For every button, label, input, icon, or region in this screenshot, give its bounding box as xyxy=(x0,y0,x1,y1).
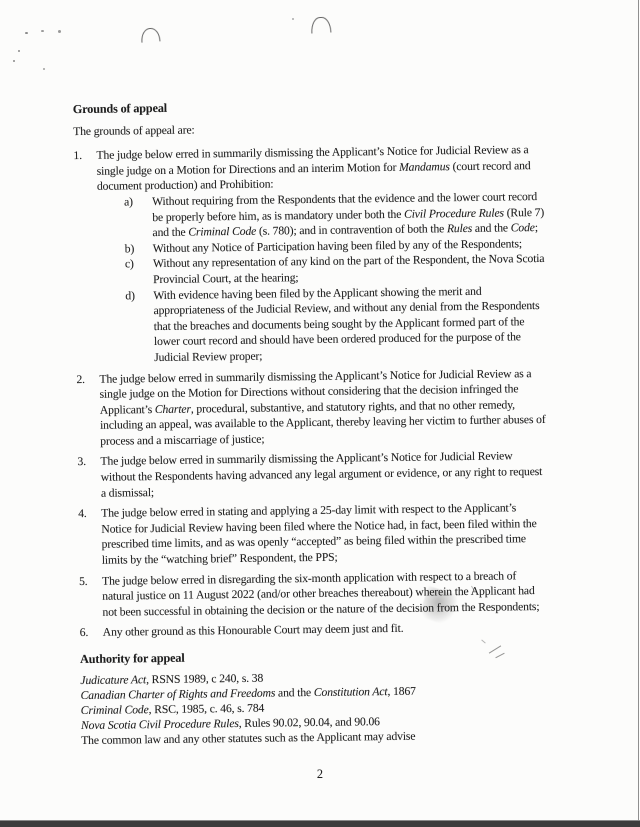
item-text: The judge below erred in summarily dismi… xyxy=(100,448,548,501)
page-number: 2 xyxy=(0,767,640,782)
item-number: 3. xyxy=(77,454,101,501)
ground-item-3: 3. The judge below erred in summarily di… xyxy=(77,448,548,501)
document-body: Grounds of appeal The grounds of appeal … xyxy=(73,96,551,748)
subitem-text: Without requiring from the Respondents t… xyxy=(152,189,545,241)
scan-speck xyxy=(41,30,44,32)
punch-hole-arc-mark xyxy=(141,27,161,42)
scan-speck xyxy=(25,32,28,34)
authority-heading: Authority for appeal xyxy=(80,646,550,668)
item-text: The judge below erred in stating and app… xyxy=(101,500,549,568)
subitem-text: Without any representation of any kind o… xyxy=(153,251,545,287)
ground-item-6: 6. Any other ground as this Honourable C… xyxy=(80,619,550,641)
ground-subitem-d: d) With evidence having been filed by th… xyxy=(125,282,546,365)
scan-bottom-band xyxy=(0,820,640,827)
ground-subitem-a: a) Without requiring from the Respondent… xyxy=(124,189,545,241)
item-number: 1. xyxy=(73,148,99,367)
subitem-letter: b) xyxy=(125,241,153,257)
ground-item-1: 1. The judge below erred in summarily di… xyxy=(73,142,546,366)
subitem-letter: a) xyxy=(124,194,153,241)
punch-hole-arc-mark xyxy=(311,16,332,33)
item-number: 4. xyxy=(78,506,102,569)
scan-speck xyxy=(43,68,45,70)
subitem-text: With evidence having been filed by the A… xyxy=(153,282,546,365)
item-number: 5. xyxy=(79,573,103,620)
scan-speck xyxy=(18,50,20,52)
item-text: The judge below erred in summarily dismi… xyxy=(99,365,547,449)
scan-speck xyxy=(292,18,294,20)
item-number: 2. xyxy=(76,371,100,449)
scanned-document-page: Grounds of appeal The grounds of appeal … xyxy=(0,0,640,827)
item-number: 6. xyxy=(80,625,103,641)
item-text: The judge below erred in summarily dismi… xyxy=(96,142,544,195)
item-text: Any other ground as this Honourable Cour… xyxy=(103,619,550,640)
grounds-heading: Grounds of appeal xyxy=(73,96,543,118)
ground-item-5: 5. The judge below erred in disregarding… xyxy=(79,568,550,621)
authority-section: Authority for appeal Judicature Act, RSN… xyxy=(80,646,551,748)
scan-speck xyxy=(13,60,15,62)
scan-right-edge-line xyxy=(638,0,640,822)
ground-item-2: 2. The judge below erred in summarily di… xyxy=(76,365,547,449)
item-text: The judge below erred in disregarding th… xyxy=(102,568,550,621)
ground-item-4: 4. The judge below erred in stating and … xyxy=(78,500,549,569)
scan-speck xyxy=(58,30,61,33)
subitem-letter: c) xyxy=(125,256,153,288)
subitem-letter: d) xyxy=(125,288,154,366)
grounds-intro: The grounds of appeal are: xyxy=(73,118,543,140)
